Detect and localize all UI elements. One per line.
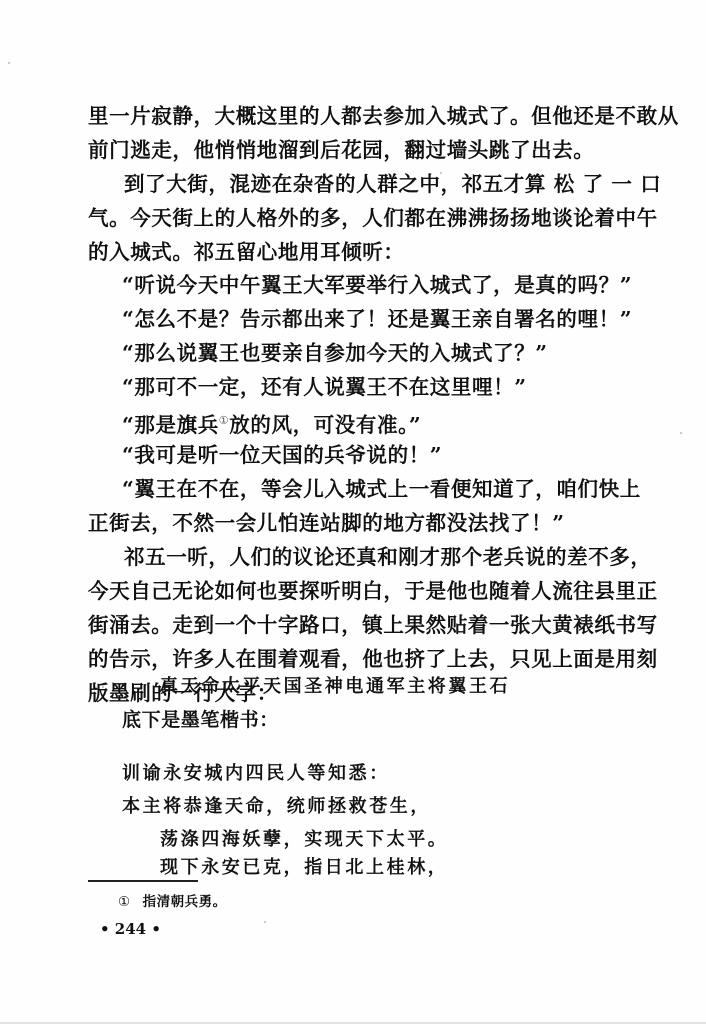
dialogue-line: “听说今天中午翼王大军要举行入城式了，是真的吗？” [122, 273, 632, 297]
body-line: 里一片寂静，大概这里的人都去参加入城式了。但他还是不敢从 [88, 104, 679, 128]
scan-speck [102, 686, 104, 688]
dialogue-line: “我可是听一位天国的兵爷说的！” [122, 443, 442, 467]
page-number: • 244 • [100, 920, 161, 938]
body-line: 祁五一听，人们的议论还真和刚才那个老兵说的差不多， [124, 545, 652, 569]
body-line: 到了大街，混迹在杂沓的人群之中，祁五才算 松 了 一 口 [124, 172, 661, 196]
dialogue-line: “那是旗兵①放的风，可没有准。” [122, 409, 421, 437]
scan-speck [264, 921, 266, 923]
body-line: 街涌去。走到一个十字路口，镇上果然贴着一张大黄裱纸书写 [88, 613, 658, 637]
footnote-text: 指清朝兵勇。 [143, 894, 227, 910]
dialogue-line: “翼王在不在，等会儿入城式上一看便知道了，咱们快上 [122, 477, 641, 501]
body-line: 气。今天街上的人格外的多，人们都在沸沸扬扬地谈论着中午 [88, 206, 658, 230]
scan-speck [680, 432, 682, 434]
scan-speck [540, 622, 542, 624]
proclamation-line: 荡涤四海妖孽，实现天下太平。 [160, 829, 448, 851]
scan-speck [440, 172, 442, 174]
footnote: ①指清朝兵勇。 [118, 890, 227, 910]
book-page: 里一片寂静，大概这里的人都去参加入城式了。但他还是不敢从 前门逃走，他悄悄地溜到… [0, 0, 706, 1022]
footnote-number: ① [118, 894, 131, 910]
dialogue-line: “那可不一定，还有人说翼王不在这里哩！” [122, 375, 527, 399]
dialogue-text: 放的风，可没有准。” [229, 413, 421, 437]
proclamation-heading: 真天命太平天国圣神电通军主将翼王石 [160, 676, 510, 698]
signature-line: 底下是墨笔楷书： [122, 708, 279, 732]
footnote-marker: ① [219, 414, 229, 427]
body-line: 的入城式。祁五留心地用耳倾听： [88, 240, 405, 264]
dialogue-line: 正街去，不然一会儿怕连站脚的地方都没法找了！” [88, 511, 565, 535]
proclamation-line: 本主将恭逢天命，统师拯救苍生， [122, 796, 431, 818]
scan-speck [8, 62, 10, 64]
body-line: 前门逃走，他悄悄地溜到后花园，翻过墙头跳了出去。 [88, 138, 594, 162]
footnote-divider [88, 880, 198, 882]
body-line: 今天自己无论如何也要探听明白，于是他也随着人流往县里正 [88, 579, 658, 603]
proclamation-line: 训谕永安城内四民人等知悉： [122, 763, 390, 785]
body-line: 的告示，许多人在围着观看，他也挤了上去，只见上面是用刻 [88, 647, 658, 671]
dialogue-line: “怎么不是？告示都出来了！还是翼王亲自署名的哩！” [122, 307, 632, 331]
dialogue-line: “那么说翼王也要亲自参加今天的入城式了？” [122, 341, 548, 365]
proclamation-line: 现下永安已克，指日北上桂林， [160, 857, 448, 879]
dialogue-text: “那是旗兵 [122, 413, 219, 437]
